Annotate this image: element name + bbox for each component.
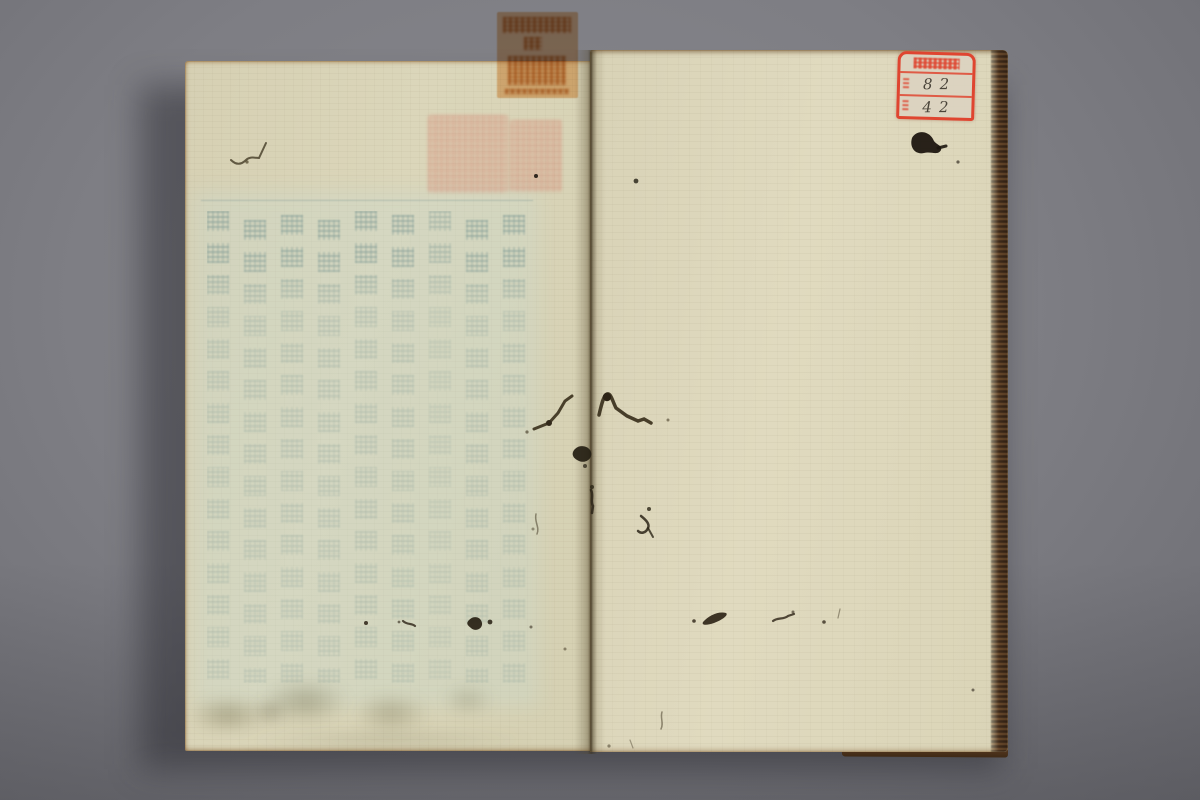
bleedthrough-text (207, 211, 537, 683)
watermark-seal-text (505, 89, 569, 94)
bleedthrough-column (281, 215, 303, 687)
bleedthrough-column (466, 220, 488, 692)
stain-smudge (247, 697, 293, 727)
stain-smudge (433, 679, 503, 721)
bleedthrough-column (429, 211, 451, 683)
right-page: 82 42 (590, 50, 1008, 752)
watermark-seal-text (503, 17, 571, 33)
stain-smudge (195, 729, 575, 751)
red-seal-characters (913, 57, 959, 69)
bleedthrough-frame-line (201, 200, 533, 201)
label-number-row: 42 (899, 93, 972, 118)
bleedthrough-column (318, 220, 340, 692)
call-number: 42 (908, 98, 971, 116)
watermark-seal-text (508, 56, 566, 85)
bleedthrough-column (244, 220, 266, 692)
bleedthrough-column (392, 215, 414, 687)
call-number: 82 (909, 75, 972, 93)
bleedthrough-column (355, 211, 377, 683)
photo-background: 82 42 (0, 0, 1200, 800)
ghost-seal-impression (428, 115, 508, 193)
ghost-seal-impression (510, 120, 562, 192)
label-number-row: 82 (900, 71, 973, 96)
left-page (185, 61, 591, 751)
bleedthrough-column (503, 215, 525, 687)
shelf-label: 82 42 (896, 51, 976, 121)
binding-edge (991, 50, 1008, 752)
bleedthrough-column (207, 211, 229, 683)
digitization-watermark (497, 12, 578, 98)
watermark-seal-text (524, 37, 542, 50)
label-seal-row (900, 54, 972, 73)
